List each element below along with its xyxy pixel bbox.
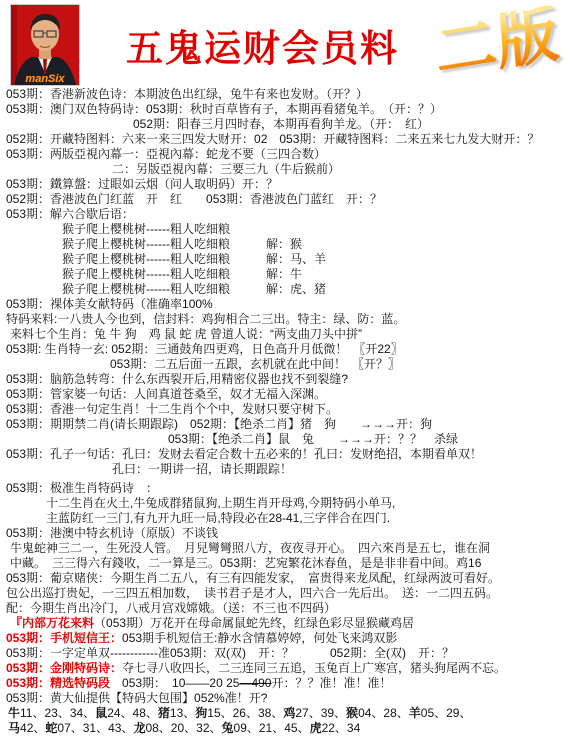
text-segment: 42、 xyxy=(20,721,45,735)
text-line: 053期：孔子一句话：孔曰：发财去看定合数十五必来的！孔曰：发财绝招，本期看单双… xyxy=(0,447,575,462)
text-line: 主蓝防红一三门,有九开九旺一局,特段必在28-41,三字伴合在四门. xyxy=(0,511,575,526)
text-segment: 11、23、34、 xyxy=(20,706,95,720)
page: manSix 五鬼运财会员料 二版 053期：香港新波色诗：本期波色出红绿，兔牛… xyxy=(0,0,575,744)
text-line: 猴子爬上樱桃树------粗人吃细粮 解：牛 xyxy=(0,267,575,282)
text-segment: 053期：孔子一句话：孔曰：发财去看定合数十五必来的！孔曰：发财绝招，本期看单双… xyxy=(6,447,482,461)
text-segment: 十二生肖在火土,牛兔成群猪鼠狗,上期生肖开母鸡,今期特码小单马, xyxy=(46,496,395,510)
content-lines: 053期：香港新波色诗：本期波色出红绿，兔牛有来也发财。（开？）053期：澳门双… xyxy=(0,87,575,736)
text-segment: 孔曰：一期讲一招，请长期跟踪！ xyxy=(112,462,292,476)
text-line: 053期：港澳中特玄机诗（原版）不谈钱 xyxy=(0,526,575,541)
text-line: 053期：葡京赌侠：今期生肖二五八，有三有四能发家， 富贵得来龙凤配，红绿两波可… xyxy=(0,571,575,586)
text-segment: 15、26、38、 xyxy=(207,706,283,720)
text-line: 053期：香港一句定生肖！十二生肖个个中，发财只要守树下。 xyxy=(0,402,575,417)
text-segment: 052期：香港波色门红蓝 开 红 053期：香港波色门蓝红 开：？ xyxy=(6,192,382,206)
text-segment: 053期：澳门双色特码诗：053期：秋时百草皆有子，本期再看猪兔羊。 （开：？） xyxy=(6,102,442,116)
text-line: 马42、蛇07、31、43、龙08、20、32、兔09、21、45、虎22、34 xyxy=(0,721,575,736)
text-line: 052期：开藏特图料：六来一来三四发大财开：02 053期：开藏特图料：二来五来… xyxy=(0,132,575,147)
text-line: 052期：香港波色门红蓝 开 红 053期：香港波色门蓝红 开：？ xyxy=(0,192,575,207)
text-segment: 07、31、43、 xyxy=(57,721,133,735)
text-segment: 二：另版亞視內幕：三要三九（牛后猴前） xyxy=(112,162,340,176)
text-segment: 053期：黄大仙提供【特码大包围】052%准！开? xyxy=(6,691,267,705)
text-segment: 053期：手机短信王： xyxy=(6,631,122,645)
text-segment: 05、29、 xyxy=(421,706,472,720)
text-segment: 猴子爬上樱桃树------粗人吃细粮 解：猴 xyxy=(62,237,302,251)
text-segment: 开：？？准！准！准！ xyxy=(271,676,391,690)
text-segment: 053期：香港一句定生肖！十二生肖个个中，发财只要守树下。 xyxy=(6,402,338,416)
text-segment: 27、39、 xyxy=(295,706,346,720)
text-line: 猴子爬上樱桃树------粗人吃细粮 解：猴 xyxy=(0,237,575,252)
text-segment: 053期：港澳中特玄机诗（原版）不谈钱 xyxy=(6,526,218,540)
text-line: 猴子爬上樱桃树------粗人吃细粮 解：马、羊 xyxy=(0,252,575,267)
text-line: 053期：香港新波色诗：本期波色出红绿，兔牛有来也发财。（开？） xyxy=(0,87,575,102)
text-line: 来料七个生肖：兔 牛 狗 鸡 鼠 蛇 虎 曾道人说：“两支曲刀头中拼” xyxy=(0,327,575,342)
text-segment: 053期：解六合歇后语： xyxy=(6,207,134,221)
text-segment: 053期：两版亞視內幕一：亞視內幕：蛇龙不要（三四合数） xyxy=(6,147,326,161)
text-segment: 猴子爬上樱桃树------粗人吃细粮 解：牛 xyxy=(62,267,302,281)
text-segment: 053期：葡京赌侠：今期生肖二五八，有三有四能发家， 富贵得来龙凤配，红绿两波可… xyxy=(6,571,500,585)
text-line: 053期：【绝杀二肖】鼠 兔 →→→开：？？ 杀绿 xyxy=(0,432,575,447)
text-segment: 鼠 xyxy=(95,706,107,720)
text-segment: 08、20、32、 xyxy=(145,721,221,735)
text-segment: 13、 xyxy=(170,706,195,720)
text-line: 猴子爬上樱桃树------粗人吃细粮 xyxy=(0,222,575,237)
text-line: 053期：澳门双色特码诗：053期：秋时百草皆有子，本期再看猪兔羊。 （开：？） xyxy=(0,102,575,117)
text-segment: 053期：极准生肖特码诗 ： xyxy=(6,481,158,495)
text-segment: 鸡 xyxy=(283,706,295,720)
text-segment: 猪 xyxy=(158,706,170,720)
text-segment: 特码来料:一八贵人今也到，信封料：鸡狗相合二三出。特主：绿、防：蓝。 xyxy=(6,312,405,326)
text-line: 牛11、23、34、鼠24、48、猪13、狗15、26、38、鸡27、39、猴0… xyxy=(0,706,575,721)
portrait-image: manSix xyxy=(11,5,79,85)
text-segment: 猴子爬上樱桃树------粗人吃细粮 xyxy=(62,222,230,236)
text-line: 053期：鐵算盤：过眼如云烟（问人取明码）开：？ xyxy=(0,177,575,192)
text-line: 053期：脑筋急转弯：什么东西裂开后,用精密仪器也找不到裂缝? xyxy=(0,372,575,387)
text-segment: 053期： 10——20 25 xyxy=(110,676,239,690)
text-segment: 053期手机短信王:静水含情慕婷婷，何处飞来鸿双影 xyxy=(122,631,397,645)
text-line: 特码来料:一八贵人今也到，信封料：鸡狗相合二三出。特主：绿、防：蓝。 xyxy=(0,312,575,327)
text-segment: 猴子爬上樱桃树------粗人吃细粮 解：虎、猪 xyxy=(62,282,326,296)
text-line: 包公出巡打贵妃，一三四五相加数， 读书君子是才人，四六合一先后出。 送：一二四五… xyxy=(0,586,575,601)
text-segment: 053期：期期禁二肖(请长期跟踪) 052期：【绝杀二肖】猪 狗 →→→开：狗 xyxy=(6,417,432,431)
text-line: 053期：金刚特码诗：夺七寻八收四长，二三连同三五追，玉兔百上广寒宫，猪头狗尾两… xyxy=(0,661,575,676)
text-segment: 052期：阳春三月四时春，本期再看狗羊龙。（开： 红） xyxy=(133,117,429,131)
text-line: 053期：极准生肖特码诗 ： xyxy=(0,481,575,496)
text-segment: —490 xyxy=(239,676,271,690)
text-segment: 狗 xyxy=(195,706,207,720)
editor-photo: manSix xyxy=(10,4,80,86)
text-line: 053期：二五后面一五跟，玄机就在此中间！ 〖开？〗 xyxy=(0,357,575,372)
text-line: 053期：一字定单双------------准053期：双(双) 开：？ 052… xyxy=(0,646,575,661)
text-line: 牛鬼蛇神三二一，生死没人管。 月兒彎彎照八方，夜夜寻开心。 四六來肖是五七，谁在… xyxy=(0,541,575,556)
text-line: 052期：阳春三月四时春，本期再看狗羊龙。（开： 红） xyxy=(0,117,575,132)
text-segment: 053期：精选特码段 xyxy=(6,676,110,690)
photo-caption-text: manSix xyxy=(25,73,65,85)
text-segment: 马 xyxy=(8,721,20,735)
text-line: 053期：手机短信王：053期手机短信王:静水含情慕婷婷，何处飞来鸿双影 xyxy=(0,631,575,646)
text-segment: 龙 xyxy=(133,721,145,735)
text-segment: 中藏。 三三得六有錢收，二一算是三。053期：艺宛繁花沐春鱼，是是非非看中间。鸡… xyxy=(10,556,481,570)
text-line: 十二生肖在火土,牛兔成群猪鼠狗,上期生肖开母鸡,今期特码小单马, xyxy=(0,496,575,511)
text-segment: 053期：管家婆一句话：人间真道苍桑至，奴才无福入深渊。 xyxy=(6,387,326,401)
text-segment: 猴子爬上樱桃树------粗人吃细粮 解：马、羊 xyxy=(62,252,326,266)
text-segment: 053期：鐵算盤：过眼如云烟（问人取明码）开：？ xyxy=(6,177,278,191)
text-line: 053期：解六合歇后语： xyxy=(0,207,575,222)
text-line: 中藏。 三三得六有錢收，二一算是三。053期：艺宛繁花沐春鱼，是是非非看中间。鸡… xyxy=(0,556,575,571)
text-segment: 24、48、 xyxy=(107,706,158,720)
text-segment: 羊 xyxy=(409,706,421,720)
text-segment: 053期：裸体美女献特码（准确率100% xyxy=(6,297,213,311)
text-line: 053期：黄大仙提供【特码大包围】052%准！开? xyxy=(0,691,575,706)
text-segment: 蛇 xyxy=(45,721,57,735)
text-segment: （053期）万花开在母命属鼠蛇先终，红绿色彩尽显猴藏鸡居 xyxy=(94,616,414,630)
text-segment: 『内部万花来料 xyxy=(10,616,94,630)
text-segment: 053期：一字定单双------------准053期：双(双) 开：？ 052… xyxy=(6,646,454,660)
text-line: 『内部万花来料（053期）万花开在母命属鼠蛇先终，红绿色彩尽显猴藏鸡居 xyxy=(0,616,575,631)
text-segment: 夺七寻八收四长，二三连同三五追，玉兔百上广寒宫，猪头狗尾两不忘。 xyxy=(122,661,506,675)
text-segment: 包公出巡打贵妃，一三四五相加数， 读书君子是才人，四六合一先后出。 送：一二四五… xyxy=(6,586,498,600)
text-line: 猴子爬上樱桃树------粗人吃细粮 解：虎、猪 xyxy=(0,282,575,297)
text-segment: 09、21、45、 xyxy=(234,721,310,735)
page-title: 五鬼运财会员料 xyxy=(126,18,399,72)
text-segment: 配：今期生肖出冷门，八戒月宫戏嫦娥。（送：不三也不四码） xyxy=(6,601,336,615)
text-line: 053期：期期禁二肖(请长期跟踪) 052期：【绝杀二肖】猪 狗 →→→开：狗 xyxy=(0,417,575,432)
text-segment: 主蓝防红一三门,有九开九旺一局,特段必在28-41,三字伴合在四门. xyxy=(46,511,390,525)
text-segment: 053期：金刚特码诗： xyxy=(6,661,122,675)
text-segment: 虎 xyxy=(310,721,322,735)
text-segment: 053期：香港新波色诗：本期波色出红绿，兔牛有来也发财。（开？） xyxy=(6,87,368,101)
text-segment: 04、28、 xyxy=(358,706,409,720)
edition-badge: 二版 xyxy=(415,2,575,87)
text-segment: 来料七个生肖：兔 牛 狗 鸡 鼠 蛇 虎 曾道人说：“两支曲刀头中拼” xyxy=(10,327,362,341)
text-line: 053期：精选特码段 053期： 10——20 25—490开：？？准！准！准！ xyxy=(0,676,575,691)
text-line: 孔曰：一期讲一招，请长期跟踪！ xyxy=(0,462,575,477)
text-segment: 052期：开藏特图料：六来一来三四发大财开：02 053期：开藏特图料：二来五来… xyxy=(6,132,539,146)
text-segment: 053期：【绝杀二肖】鼠 兔 →→→开：？？ 杀绿 xyxy=(168,432,458,446)
text-segment: 22、34 xyxy=(322,721,361,735)
text-segment: 053期：脑筋急转弯：什么东西裂开后,用精密仪器也找不到裂缝? xyxy=(6,372,348,386)
text-line: 053期：管家婆一句话：人间真道苍桑至，奴才无福入深渊。 xyxy=(0,387,575,402)
text-line: 053期：裸体美女献特码（准确率100% xyxy=(0,297,575,312)
text-segment: 053期: 生肖特一玄: 052期：三通鼓角四更鸡，日色高升月低微！ 〖开22〗 xyxy=(6,342,403,356)
text-segment: 牛 xyxy=(8,706,20,720)
text-line: 053期: 生肖特一玄: 052期：三通鼓角四更鸡，日色高升月低微！ 〖开22〗 xyxy=(0,342,575,357)
text-segment: 兔 xyxy=(222,721,234,735)
text-line: 配：今期生肖出冷门，八戒月宫戏嫦娥。（送：不三也不四码） xyxy=(0,601,575,616)
text-segment: 猴 xyxy=(346,706,358,720)
text-line: 二：另版亞視內幕：三要三九（牛后猴前） xyxy=(0,162,575,177)
text-segment: 牛鬼蛇神三二一，生死没人管。 月兒彎彎照八方，夜夜寻开心。 四六來肖是五七，谁在… xyxy=(10,541,490,555)
text-line: 053期：两版亞視內幕一：亞視內幕：蛇龙不要（三四合数） xyxy=(0,147,575,162)
text-segment: 053期：二五后面一五跟，玄机就在此中间！ 〖开？〗 xyxy=(110,357,400,371)
